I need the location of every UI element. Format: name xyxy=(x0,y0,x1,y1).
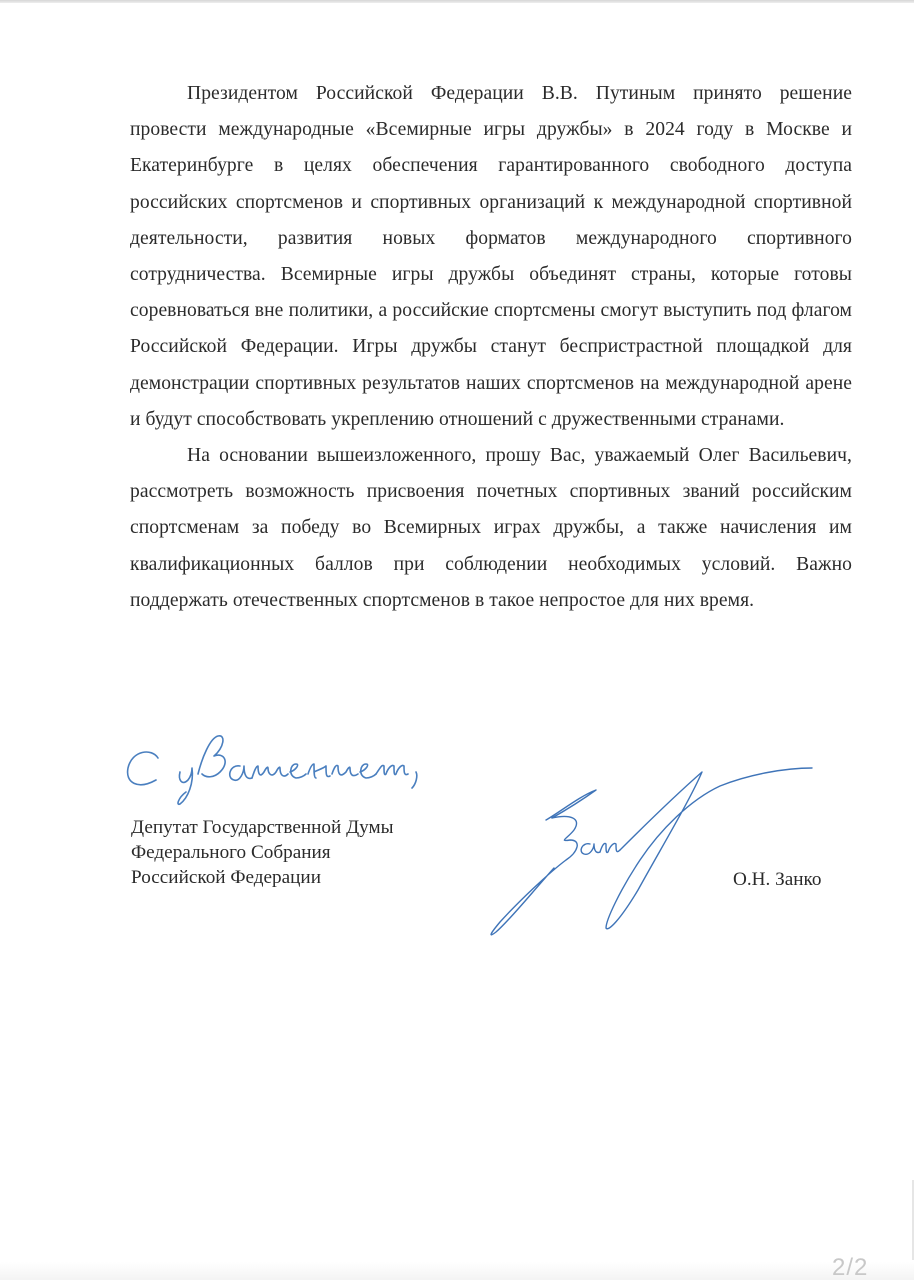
handwritten-closing xyxy=(118,728,428,810)
position-line-2: Федерального Собрания xyxy=(131,840,394,865)
position-line-1: Депутат Государственной Думы xyxy=(131,815,394,840)
page-top-edge xyxy=(0,0,914,3)
position-line-3: Российской Федерации xyxy=(131,865,394,890)
paragraph-2: На основании вышеизложенного, прошу Вас,… xyxy=(130,438,852,619)
signatory-position: Депутат Государственной Думы Федеральног… xyxy=(131,815,394,890)
page-indicator: 2/2 xyxy=(832,1256,868,1280)
handwritten-signature xyxy=(470,760,820,950)
letter-body: Президентом Российской Федерации В.В. Пу… xyxy=(130,76,852,619)
paragraph-1: Президентом Российской Федерации В.В. Пу… xyxy=(130,76,852,438)
signatory-name: О.Н. Занко xyxy=(733,867,821,892)
document-page: Президентом Российской Федерации В.В. Пу… xyxy=(0,0,914,1280)
page-bottom-edge xyxy=(0,1262,914,1280)
